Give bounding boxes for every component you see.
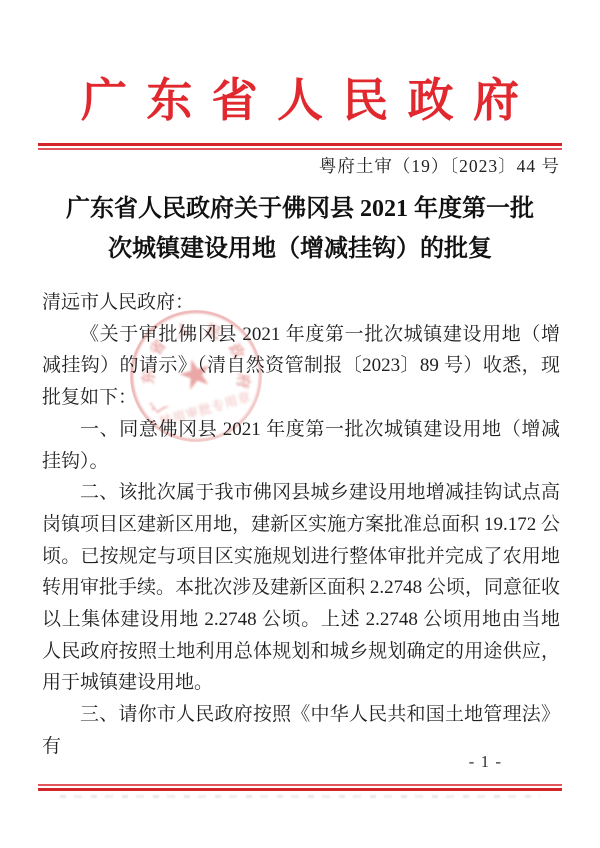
paragraph: 《关于审批佛冈县 2021 年度第一批次城镇建设用地（增减挂钩）的请示》（清自然… bbox=[42, 319, 560, 414]
scan-artifact bbox=[60, 795, 540, 798]
document-page: 广东省人民政府 粤府土审（19）〔2023〕44 号 广东省人民政府关于佛冈县 … bbox=[0, 0, 600, 848]
header-rule-thin-line bbox=[38, 148, 562, 150]
footer-rule-thick-line bbox=[38, 788, 562, 792]
paragraph: 二、该批次属于我市佛冈县城乡建设用地增减挂钩试点高岗镇项目区建新区用地，建新区实… bbox=[42, 477, 560, 699]
document-title-line2: 次城镇建设用地（增减挂钩）的批复 bbox=[0, 229, 600, 269]
document-body: 清远市人民政府： 《关于审批佛冈县 2021 年度第一批次城镇建设用地（增减挂钩… bbox=[42, 287, 560, 763]
document-number: 粤府土审（19）〔2023〕44 号 bbox=[319, 153, 560, 178]
document-title-line1: 广东省人民政府关于佛冈县 2021 年度第一批 bbox=[0, 189, 600, 229]
header-rule bbox=[38, 143, 562, 150]
footer-rule bbox=[38, 784, 562, 791]
salutation: 清远市人民政府： bbox=[42, 287, 560, 319]
document-title: 广东省人民政府关于佛冈县 2021 年度第一批 次城镇建设用地（增减挂钩）的批复 bbox=[0, 189, 600, 269]
paragraph: 三、请你市人民政府按照《中华人民共和国土地管理法》有 bbox=[42, 699, 560, 762]
letterhead-org-name: 广东省人民政府 bbox=[0, 78, 600, 124]
paragraph: 一、同意佛冈县 2021 年度第一批次城镇建设用地（增减挂钩）。 bbox=[42, 414, 560, 477]
